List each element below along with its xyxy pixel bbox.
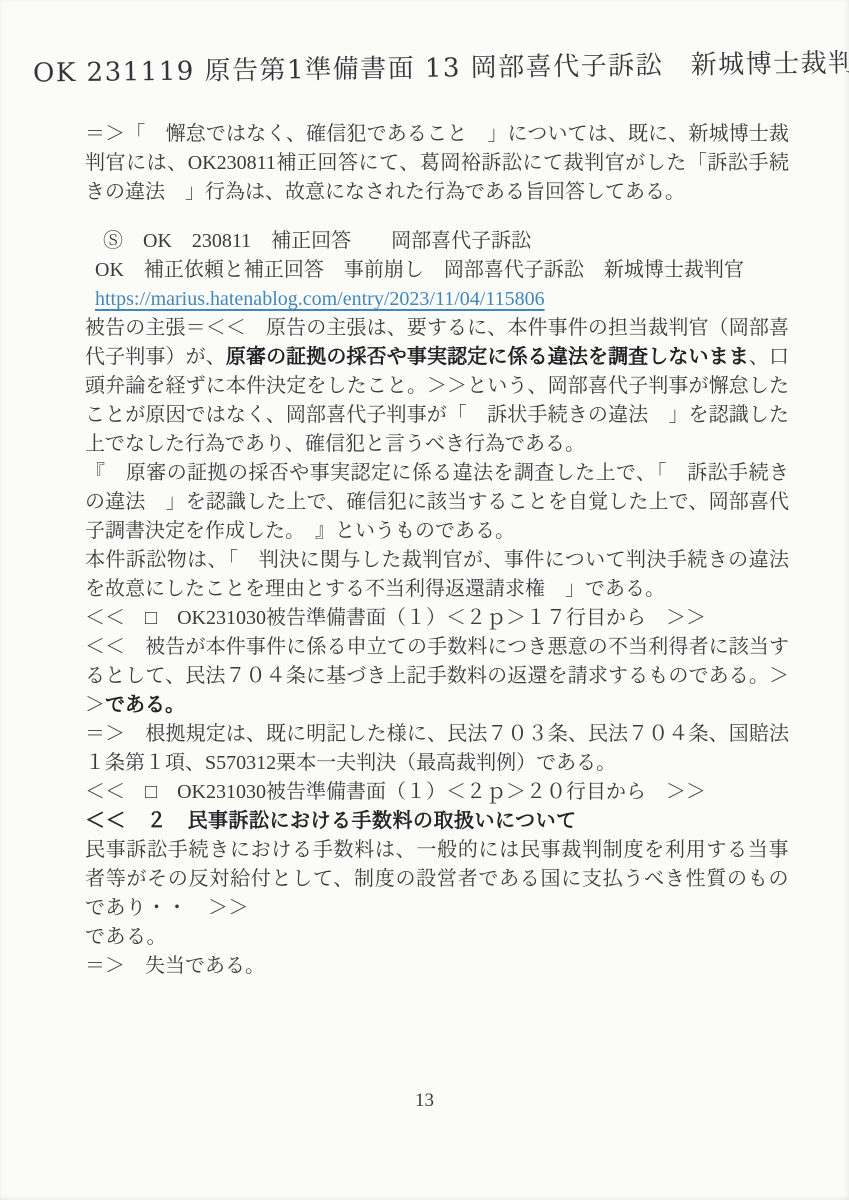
bold-run: 原審の証拠の採否や事実認定に係る違法を調査しないまま [226, 346, 749, 368]
quote1-body: ＜＜ 被告が本件事件に係る申立ての手数料につき悪意の不当利得者に該当するとして、… [85, 633, 789, 720]
quote2-body: 民事訴訟手続きにおける手数料は、一般的には民事裁判制度を利用する当事者等がその反… [85, 836, 789, 923]
text-run: ＜＜ 被告が本件事件に係る申立ての手数料につき悪意の不当利得者に該当するとして、… [85, 636, 789, 716]
paragraph-conclusion: ＝＞ 失当である。 [85, 952, 789, 981]
paragraph-response-intent: ＝＞「 懈怠ではなく、確信犯であること 」については、既に、新城博士裁判官には、… [85, 120, 789, 207]
reference-entry-title: Ⓢ OK 230811 補正回答 岡部喜代子訴訟 [95, 227, 789, 256]
quote2-tail: である。 [85, 923, 789, 952]
quote2-header: ＜＜ □ OK231030被告準備書面（１）＜２ｐ＞２０行目から ＞＞ [85, 778, 789, 807]
text-run: ＝＞「 懈怠ではなく、確信犯であること 」については、既に、新城博士裁判官には、… [85, 123, 789, 203]
reference-entry-subtitle: OK 補正依頼と補正回答 事前崩し 岡部喜代子訴訟 新城博士裁判官 [95, 256, 789, 285]
page-number: 13 [0, 1090, 849, 1112]
paragraph-subject-matter: 本件訴訟物は、「 判決に関与した裁判官が、事件について判決手続きの違法を故意にし… [85, 546, 789, 604]
quote2-title: ＜＜ ２ 民事訴訟における手数料の取扱いについて [85, 807, 789, 836]
text-run: 本件訴訟物は、「 判決に関与した裁判官が、事件について判決手続きの違法を故意にし… [85, 549, 789, 600]
text-run: ＝＞ 根拠規定は、既に明記した様に、民法７０３条、民法７０４条、国賠法１条第１項… [85, 723, 789, 774]
handwritten-header: OK 231119 原告第1準備書面 13 岡部喜代子訴訟 新城博士裁判官 [33, 43, 773, 89]
bold-run: である。 [105, 694, 185, 716]
reference-block: Ⓢ OK 230811 補正回答 岡部喜代子訴訟 OK 補正依頼と補正回答 事前… [85, 227, 789, 314]
reference-link-line: https://marius.hatenablog.com/entry/2023… [95, 285, 789, 314]
paragraph-defendant-claim: 被告の主張＝＜＜ 原告の主張は、要するに、本件事件の担当裁判官（岡部喜代子判事）… [85, 314, 789, 459]
paragraph-legal-basis: ＝＞ 根拠規定は、既に明記した様に、民法７０３条、民法７０４条、国賠法１条第１項… [85, 720, 789, 778]
text-run: 『 原審の証拠の採否や事実認定に係る違法を調査した上で、「 訴訟手続きの違法 」… [85, 462, 789, 542]
paragraph-quoted-summary: 『 原審の証拠の採否や事実認定に係る違法を調査した上で、「 訴訟手続きの違法 」… [85, 459, 789, 546]
document-body: ＝＞「 懈怠ではなく、確信犯であること 」については、既に、新城博士裁判官には、… [85, 120, 789, 981]
blog-link[interactable]: https://marius.hatenablog.com/entry/2023… [95, 288, 545, 310]
quote1-header: ＜＜ □ OK231030被告準備書面（１）＜２ｐ＞１７行目から ＞＞ [85, 604, 789, 633]
scanned-page: OK 231119 原告第1準備書面 13 岡部喜代子訴訟 新城博士裁判官 ＝＞… [0, 0, 849, 1200]
